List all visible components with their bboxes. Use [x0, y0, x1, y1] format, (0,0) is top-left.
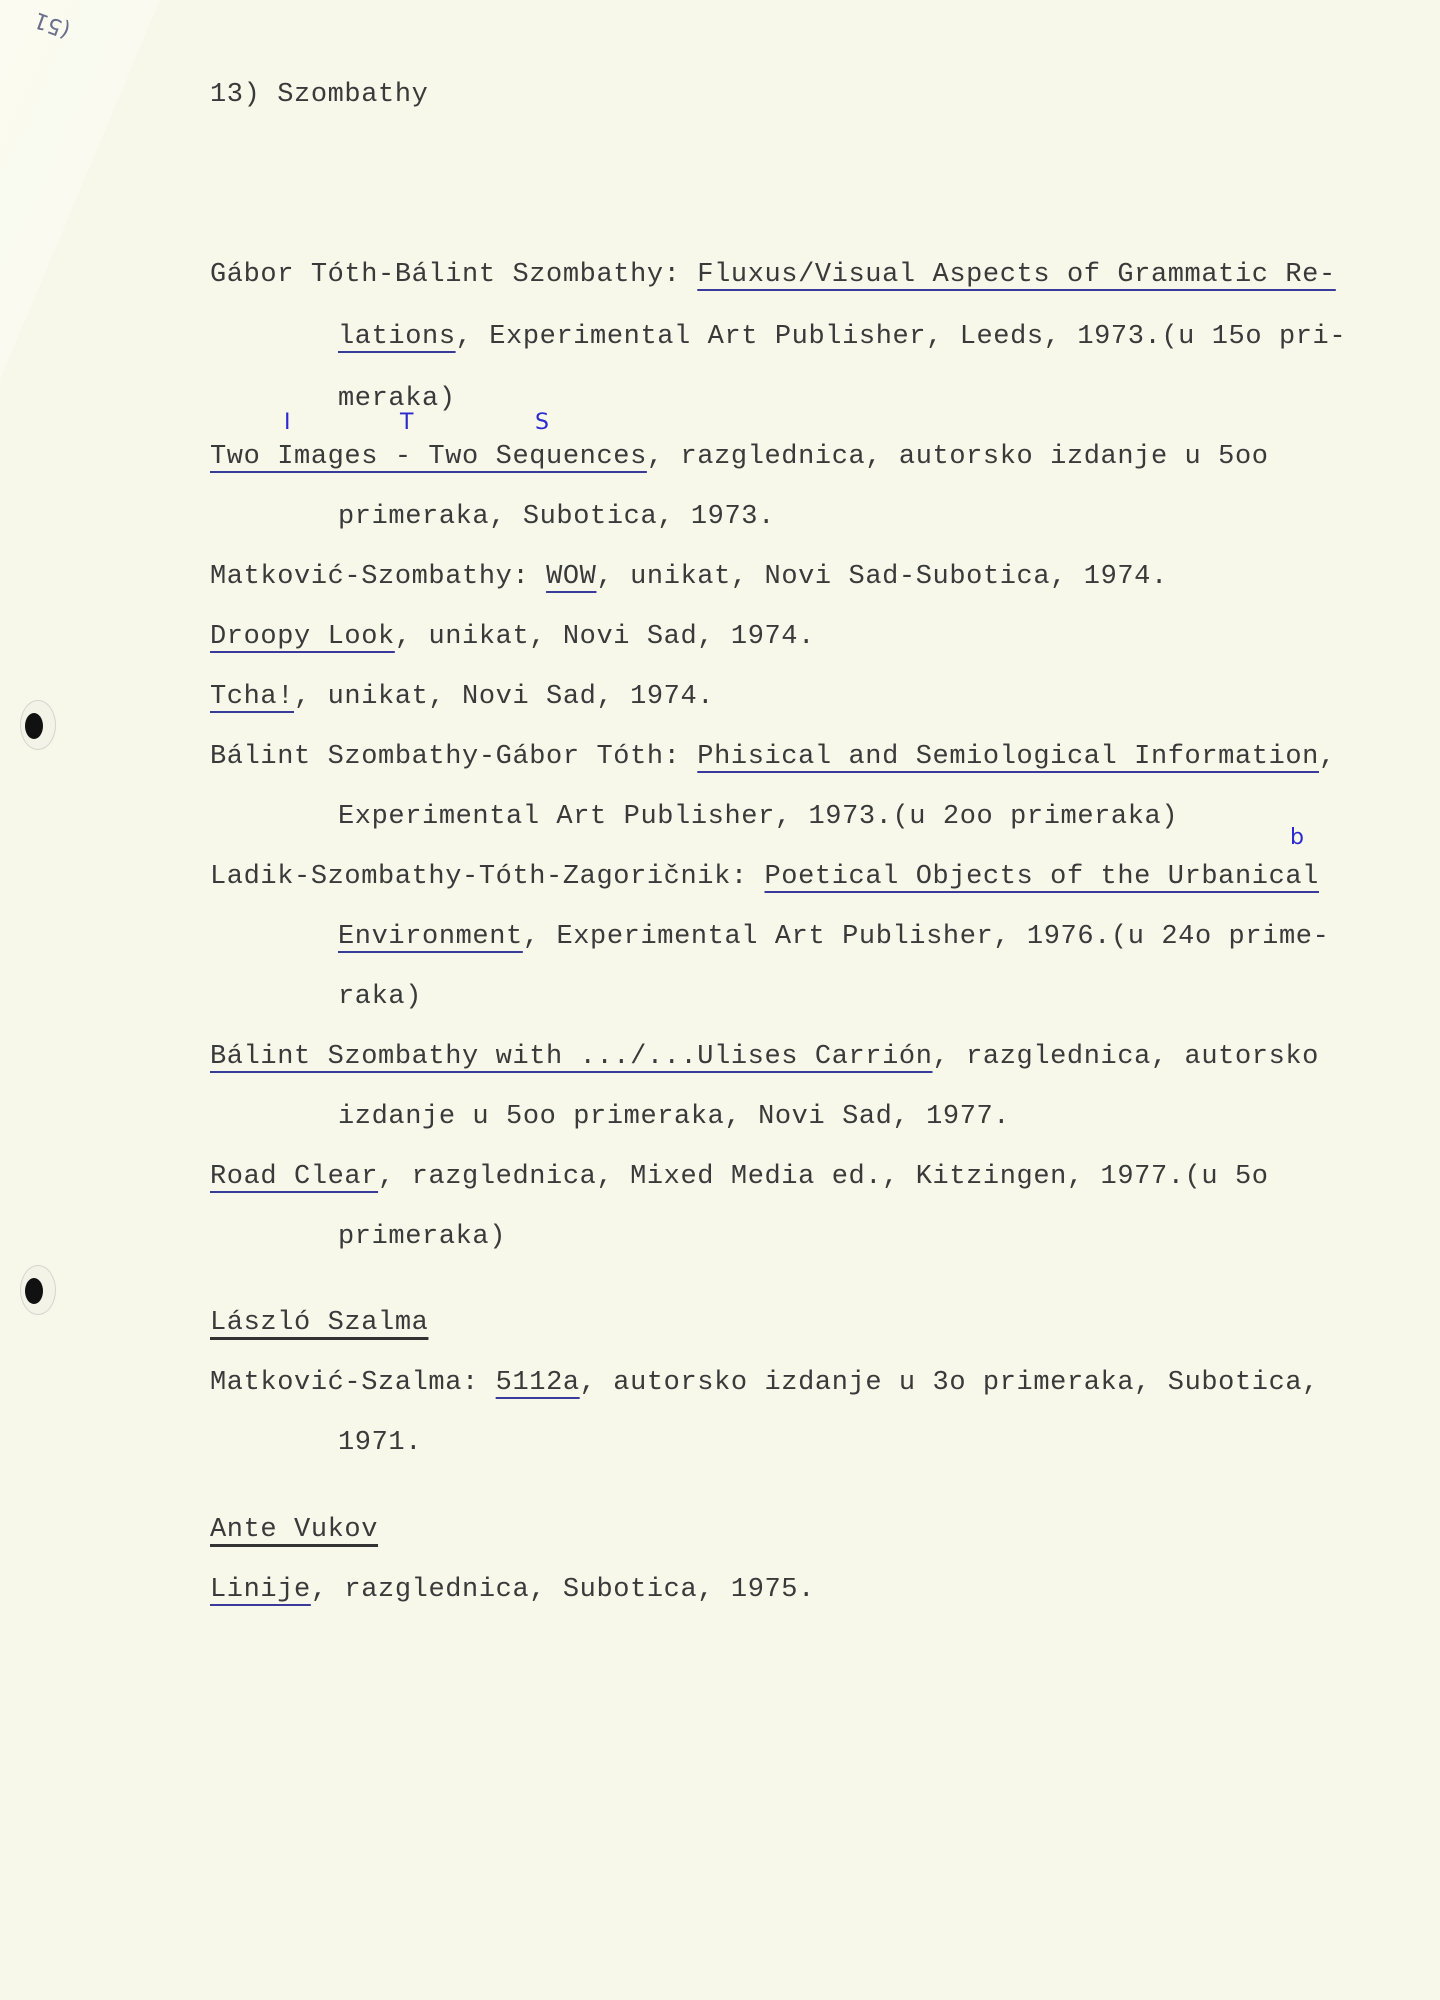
- bib-entry-line: meraka): [338, 384, 456, 414]
- title: WOW: [546, 562, 596, 592]
- details: , Experimental Art Publisher, 1976.(u 24…: [523, 922, 1330, 952]
- details: , razglednica, Mixed Media ed., Kitzinge…: [378, 1162, 1269, 1192]
- punch-hole: [20, 1265, 56, 1315]
- details: , razglednica, autorsko izdanje u 5oo: [647, 442, 1269, 472]
- authors: Bálint Szombathy-Gábor Tóth:: [210, 742, 697, 772]
- bib-entry-line: primeraka, Subotica, 1973.: [338, 502, 775, 532]
- title: 5112a: [496, 1368, 580, 1398]
- bib-entry-line: Gábor Tóth-Bálint Szombathy: Fluxus/Visu…: [210, 260, 1336, 290]
- bib-entry-line: Linije, razglednica, Subotica, 1975.: [210, 1575, 815, 1605]
- punct: ,: [1319, 742, 1336, 772]
- bib-entry-line: Matković-Szalma: 5112a, autorsko izdanje…: [210, 1368, 1319, 1398]
- title: Poetical Objects of the Urbanical: [765, 862, 1320, 892]
- bib-entry-line: Ladik-Szombathy-Tóth-Zagoričnik: Poetica…: [210, 862, 1319, 892]
- details: , unikat, Novi Sad-Subotica, 1974.: [596, 562, 1167, 592]
- bib-entry-line: Experimental Art Publisher, 1973.(u 2oo …: [338, 802, 1178, 832]
- title: Road Clear: [210, 1162, 378, 1192]
- author-heading: Ante Vukov: [210, 1515, 378, 1545]
- author-heading: László Szalma: [210, 1308, 428, 1338]
- proof-mark: T: [400, 410, 413, 435]
- proof-mark: b: [1290, 825, 1304, 850]
- authors: Matković-Szalma:: [210, 1368, 496, 1398]
- proof-mark: I: [284, 410, 291, 435]
- title: Bálint Szombathy with .../...Ulises Carr…: [210, 1042, 933, 1072]
- title: Tcha!: [210, 682, 294, 712]
- authors: Gábor Tóth-Bálint Szombathy:: [210, 260, 697, 290]
- details: , Experimental Art Publisher, Leeds, 197…: [456, 322, 1347, 352]
- bib-entry-line: raka): [338, 982, 422, 1012]
- details: , razglednica, autorsko: [933, 1042, 1319, 1072]
- bib-entry-line: Bálint Szombathy-Gábor Tóth: Phisical an…: [210, 742, 1336, 772]
- bib-entry-line: Environment, Experimental Art Publisher,…: [338, 922, 1329, 952]
- bib-entry-line: lations, Experimental Art Publisher, Lee…: [338, 322, 1346, 352]
- section-heading: 13) Szombathy: [210, 80, 428, 110]
- details: , unikat, Novi Sad, 1974.: [395, 622, 815, 652]
- details: , unikat, Novi Sad, 1974.: [294, 682, 714, 712]
- punch-hole: [20, 700, 56, 750]
- bib-entry-line: Bálint Szombathy with .../...Ulises Carr…: [210, 1042, 1319, 1072]
- title: Environment: [338, 922, 523, 952]
- authors: Matković-Szombathy:: [210, 562, 546, 592]
- title: Phisical and Semiological Information: [697, 742, 1319, 772]
- bib-entry-line: Tcha!, unikat, Novi Sad, 1974.: [210, 682, 714, 712]
- proof-mark: S: [535, 410, 549, 435]
- bib-entry-line: Matković-Szombathy: WOW, unikat, Novi Sa…: [210, 562, 1168, 592]
- title: lations: [338, 322, 456, 352]
- title: Linije: [210, 1575, 311, 1605]
- title: Fluxus/Visual Aspects of Grammatic Re-: [697, 260, 1336, 290]
- folded-corner: [0, 0, 201, 420]
- title: Droopy Look: [210, 622, 395, 652]
- details: , autorsko izdanje u 3o primeraka, Subot…: [580, 1368, 1319, 1398]
- bib-entry-line: Two Images - Two Sequences, razglednica,…: [210, 442, 1269, 472]
- bib-entry-line: izdanje u 5oo primeraka, Novi Sad, 1977.: [338, 1102, 1010, 1132]
- details: , razglednica, Subotica, 1975.: [311, 1575, 815, 1605]
- bib-entry-line: 1971.: [338, 1428, 422, 1458]
- authors: Ladik-Szombathy-Tóth-Zagoričnik:: [210, 862, 765, 892]
- title: Two Images - Two Sequences: [210, 442, 647, 472]
- bib-entry-line: Road Clear, razglednica, Mixed Media ed.…: [210, 1162, 1269, 1192]
- bib-entry-line: primeraka): [338, 1222, 506, 1252]
- bib-entry-line: Droopy Look, unikat, Novi Sad, 1974.: [210, 622, 815, 652]
